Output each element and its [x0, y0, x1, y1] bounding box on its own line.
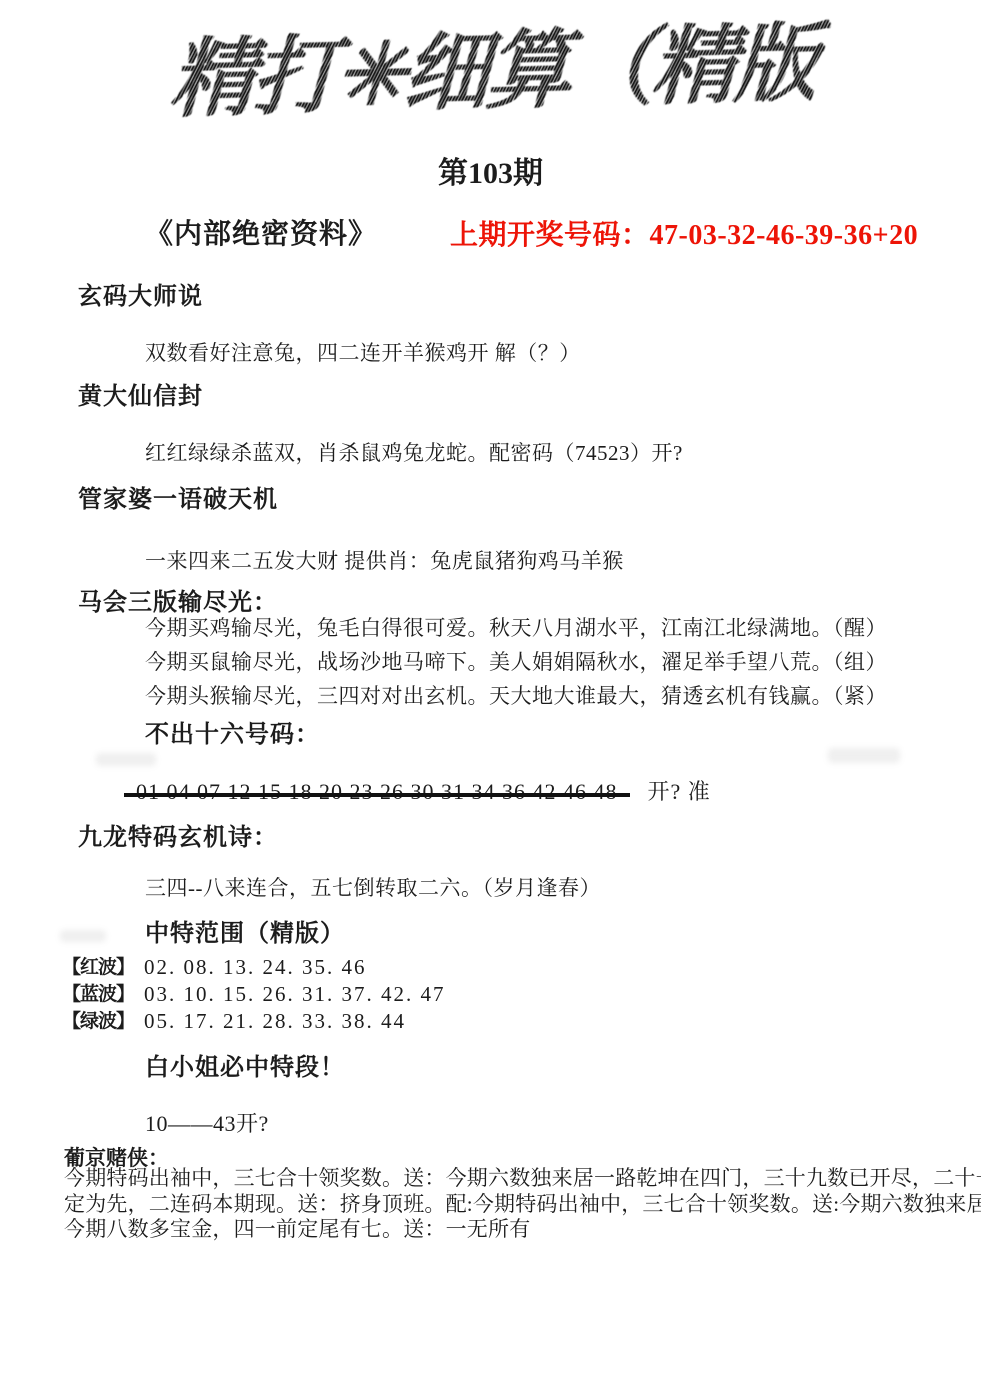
- section-heading-xuanma: 玄码大师说: [78, 276, 203, 311]
- red-wave-numbers: 02. 08. 13. 24. 35. 46: [144, 955, 367, 979]
- section-heading-jiulong: 九龙特码玄机诗：: [78, 817, 278, 852]
- excluded-numbers-row: 01 04 07 12 15 18 20 23 26 30 31 34 36 4…: [128, 775, 711, 806]
- wave-row-red: 【红波】02. 08. 13. 24. 35. 46: [62, 953, 446, 980]
- scan-smudge: [60, 930, 106, 942]
- pujing-line: 今期特码出袖中，三七合十领奖数。送：今期六数独来居一路乾坤在四门，三十九数已开尽…: [64, 1166, 969, 1192]
- blue-wave-label: 【蓝波】: [62, 984, 134, 1005]
- issue-number: 第103期: [0, 148, 981, 192]
- pujing-line: 定为先，二连码本期现。送：挤身顶班。配:今期特码出袖中，三七合十领奖数。送:今期…: [64, 1192, 969, 1218]
- section-heading-zhongte: 中特范围（精版）: [145, 913, 345, 948]
- mahui-verse-line: 今期买鸡输尽光，兔毛白得很可爱。秋天八月湖水平，江南江北绿满地。（醒）: [145, 612, 887, 642]
- masthead-calligraphy: 精打✳细算（精版）: [160, 1, 837, 143]
- xuanma-verse: 双数看好注意兔，四二连开羊猴鸡开 解（？）: [145, 337, 581, 367]
- guanjiapo-verse: 一来四来二五发大财 提供肖：兔虎鼠猪狗鸡马羊猴: [145, 545, 624, 575]
- section-heading-huangdaxian: 黄大仙信封: [78, 376, 203, 411]
- previous-draw-numbers: 上期开奖号码：47-03-32-46-39-36+20: [450, 213, 918, 253]
- scan-smudge: [96, 753, 156, 766]
- section-heading-baixiaojie: 白小姐必中特段！: [145, 1047, 345, 1082]
- mahui-verse-line: 今期买鼠输尽光，战场沙地马啼下。美人娟娟隔秋水，濯足举手望八荒。（组）: [145, 646, 887, 676]
- mahui-verse-line: 今期头猴输尽光，三四对对出玄机。天大地大谁最大，猜透玄机有钱赢。（紧）: [145, 680, 887, 710]
- scan-smudge: [828, 748, 900, 763]
- pujing-paragraph: 今期特码出袖中，三七合十领奖数。送：今期六数独来居一路乾坤在四门，三十九数已开尽…: [64, 1166, 969, 1243]
- excluded-numbers-strikethrough: 01 04 07 12 15 18 20 23 26 30 31 34 36 4…: [128, 779, 626, 805]
- green-wave-numbers: 05. 17. 21. 28. 33. 38. 44: [144, 1009, 406, 1033]
- baixiaojie-range: 10——43开?: [145, 1107, 269, 1138]
- tip-sheet-page: 精打✳细算（精版） 第103期 《内部绝密资料》 上期开奖号码：47-03-32…: [0, 0, 981, 1388]
- wave-number-list: 【红波】02. 08. 13. 24. 35. 46 【蓝波】03. 10. 1…: [62, 953, 446, 1034]
- section-heading-guanjiapo: 管家婆一语破天机: [78, 479, 278, 514]
- excluded-numbers-suffix: 开? 准: [648, 775, 711, 806]
- confidential-subtitle: 《内部绝密资料》: [145, 212, 377, 252]
- jiulong-verse: 三四--八来连合，五七倒转取二六。（岁月逢春）: [145, 872, 601, 902]
- pujing-line: 今期八数多宝金，四一前定尾有七。送：一无所有: [64, 1217, 969, 1243]
- huangdaxian-verse: 红红绿绿杀蓝双，肖杀鼠鸡兔龙蛇。配密码（74523）开?: [145, 437, 683, 467]
- wave-row-green: 【绿波】05. 17. 21. 28. 33. 38. 44: [62, 1007, 446, 1034]
- section-heading-excluded-numbers: 不出十六号码：: [145, 714, 320, 749]
- red-wave-label: 【红波】: [62, 957, 134, 978]
- blue-wave-numbers: 03. 10. 15. 26. 31. 37. 42. 47: [144, 982, 446, 1006]
- green-wave-label: 【绿波】: [62, 1011, 134, 1032]
- wave-row-blue: 【蓝波】03. 10. 15. 26. 31. 37. 42. 47: [62, 980, 446, 1007]
